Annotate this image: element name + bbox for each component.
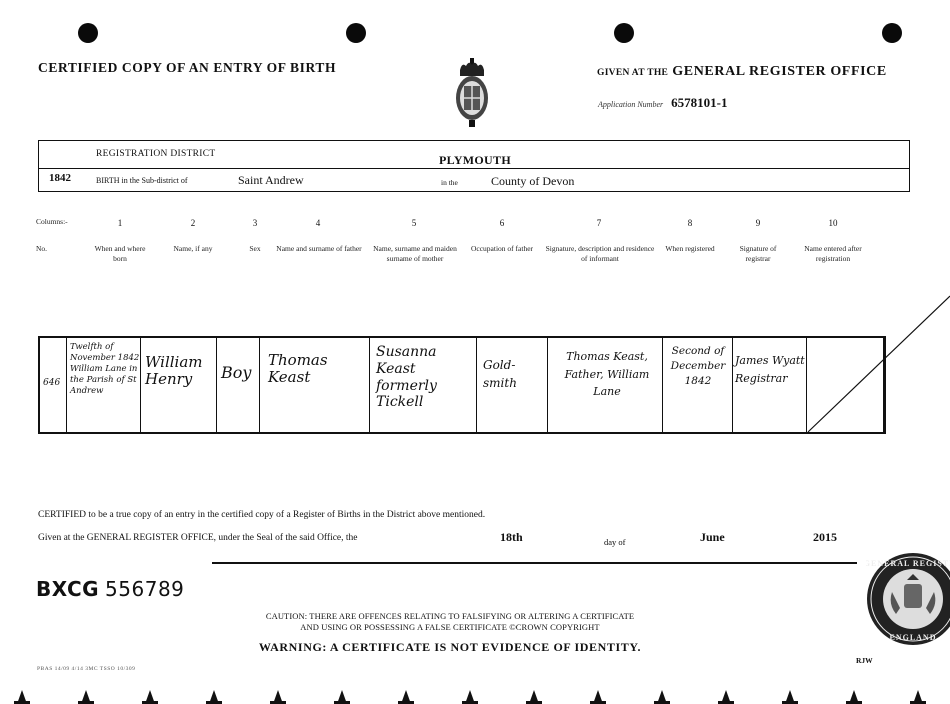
given-under-seal-statement: Given at the GENERAL REGISTER OFFICE, un… <box>38 533 358 543</box>
father-name-value: Thomas Keast <box>268 352 358 387</box>
column-number-10: 10 <box>823 218 843 228</box>
column-label-1: When and where born <box>90 244 150 264</box>
issue-month: June <box>700 530 725 545</box>
registration-district-value: PLYMOUTH <box>439 153 511 168</box>
column-number-2: 2 <box>183 218 203 228</box>
registration-district-label: REGISTRATION DISTRICT <box>96 149 216 159</box>
punch-hole <box>882 23 902 43</box>
informant-value: Thomas Keast, Father, William Lane <box>552 348 662 401</box>
when-registered-value: Second of December 1842 <box>667 344 729 390</box>
certificate-title: CERTIFIED COPY OF AN ENTRY OF BIRTH <box>38 60 336 76</box>
cell-name: William Henry <box>140 338 216 432</box>
given-at-heading: GIVEN AT THE GENERAL REGISTER OFFICE <box>597 64 887 80</box>
serial-number: 556789 <box>105 577 184 601</box>
general-register-office-seal-icon: GENERAL REGISTER ENGLAND <box>866 552 950 647</box>
cell-occupation: Gold-smith <box>476 338 547 432</box>
punch-hole <box>346 23 366 43</box>
occupation-value: Gold-smith <box>483 356 539 392</box>
when-where-born-value: Twelfth of November 1842 William Lane in… <box>70 342 140 396</box>
columns-label: Columns:- <box>36 217 68 226</box>
column-label-6: Occupation of father <box>470 244 534 254</box>
cell-informant: Thomas Keast, Father, William Lane <box>547 338 662 432</box>
column-label-4: Name and surname of father <box>273 244 365 254</box>
royal-coat-of-arms-icon <box>452 56 492 130</box>
certification-statement: CERTIFIED to be a true copy of an entry … <box>38 510 485 520</box>
registrar-signature-value: James Wyatt Registrar <box>735 352 805 387</box>
svg-text:GENERAL REGISTER: GENERAL REGISTER <box>866 559 950 568</box>
column-label-8: When registered <box>664 244 716 254</box>
in-the-label: in the <box>441 178 458 187</box>
diagonal-cancel-line <box>800 290 950 440</box>
cell-mother: Susanna Keast formerly Tickell <box>369 338 476 432</box>
entry-number: 646 <box>43 378 60 388</box>
column-number-9: 9 <box>748 218 768 228</box>
column-label-5: Name, surname and maiden surname of moth… <box>370 244 460 264</box>
sex-value: Boy <box>221 364 251 382</box>
cell-sex: Boy <box>216 338 259 432</box>
column-label-no: No. <box>36 244 56 254</box>
given-at-prefix: GIVEN AT THE <box>597 68 668 78</box>
column-label-3: Sex <box>240 244 270 254</box>
column-number-5: 5 <box>404 218 424 228</box>
column-label-10: Name entered after registration <box>796 244 870 264</box>
column-number-7: 7 <box>589 218 609 228</box>
issue-year: 2015 <box>813 530 837 545</box>
punch-hole <box>78 23 98 43</box>
column-number-8: 8 <box>680 218 700 228</box>
certificate-serial-number: BXCG556789 <box>36 577 184 601</box>
cell-when-registered: Second of December 1842 <box>662 338 732 432</box>
column-number-6: 6 <box>492 218 512 228</box>
application-number-value: 6578101-1 <box>671 95 727 110</box>
punch-hole <box>614 23 634 43</box>
application-number: Application Number 6578101-1 <box>598 94 727 112</box>
column-label-2: Name, if any <box>158 244 228 254</box>
sub-district-label: BIRTH in the Sub-district of <box>96 176 188 185</box>
cell-when-where-born: Twelfth of November 1842 William Lane in… <box>66 338 140 432</box>
column-label-9: Signature of registrar <box>728 244 788 264</box>
perforated-edge <box>0 686 950 704</box>
sub-district-value: Saint Andrew <box>238 173 304 188</box>
identity-warning: WARNING: A CERTIFICATE IS NOT EVIDENCE O… <box>210 640 690 655</box>
child-name-value: William Henry <box>145 354 215 389</box>
issue-day: 18th <box>500 530 523 545</box>
form-code: PBAS 14/09 4/14 3MC TSSO 10/309 <box>37 666 135 672</box>
column-label-7: Signature, description and residence of … <box>542 244 658 264</box>
serial-prefix: BXCG <box>36 577 99 601</box>
given-at-office: GENERAL REGISTER OFFICE <box>672 64 887 79</box>
cell-registrar: James Wyatt Registrar <box>732 338 806 432</box>
application-number-label: Application Number <box>598 100 663 109</box>
cell-father: Thomas Keast <box>259 338 369 432</box>
caution-line-1: CAUTION: THERE ARE OFFENCES RELATING TO … <box>210 611 690 622</box>
svg-text:ENGLAND: ENGLAND <box>889 633 936 642</box>
county-value: County of Devon <box>491 174 574 189</box>
column-number-4: 4 <box>308 218 328 228</box>
day-of-label: day of <box>604 537 625 547</box>
mother-name-value: Susanna Keast formerly Tickell <box>376 344 468 411</box>
cell-no: 646 <box>38 338 66 432</box>
birth-entry-row: 646 Twelfth of November 1842 William Lan… <box>38 336 886 434</box>
column-number-3: 3 <box>245 218 265 228</box>
caution-notice: CAUTION: THERE ARE OFFENCES RELATING TO … <box>210 611 690 632</box>
registration-year: 1842 <box>49 172 71 184</box>
registration-district-box: REGISTRATION DISTRICT PLYMOUTH 1842 BIRT… <box>38 140 910 192</box>
clerk-initials: RJW <box>856 656 873 665</box>
divider-rule <box>212 562 857 564</box>
caution-line-2: AND USING OR POSSESSING A FALSE CERTIFIC… <box>210 622 690 633</box>
column-number-1: 1 <box>110 218 130 228</box>
